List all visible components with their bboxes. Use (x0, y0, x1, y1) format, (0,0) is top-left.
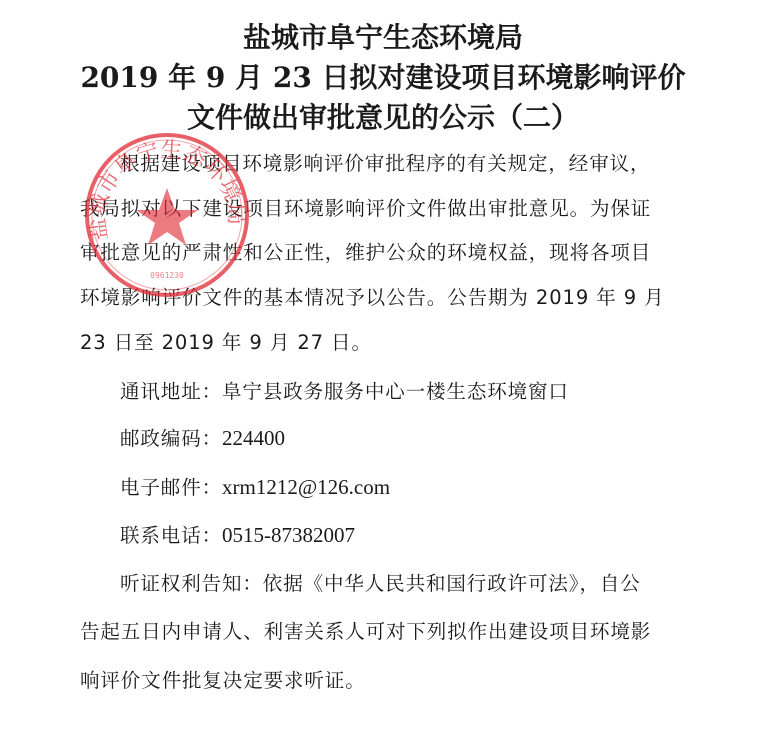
email-label: 电子邮件： (120, 476, 222, 499)
hearing-line-2: 告起五日内申请人、利害关系人可对下列拟作出建设项目环境影 (80, 619, 651, 645)
contact-email: 电子邮件：xrm1212@126.com (120, 474, 390, 501)
address-value: 阜宁县政务服务中心一楼生态环境窗口 (222, 380, 569, 403)
contact-address: 通讯地址：阜宁县政务服务中心一楼生态环境窗口 (120, 379, 569, 405)
phone-label: 联系电话： (120, 524, 222, 547)
seal-serial: 0961230 (150, 271, 184, 280)
postcode-label: 邮政编码： (120, 427, 222, 450)
title-subject-line: 文件做出审批意见的公示（二） (0, 100, 766, 136)
intro-line-2: 我局拟对以下建设项目环境影响评价文件做出审批意见。为保证 (80, 196, 651, 222)
postcode-value: 224400 (222, 426, 285, 450)
intro-line-1: 根据建设项目环境影响评价审批程序的有关规定，经审议， (120, 151, 650, 177)
email-value[interactable]: xrm1212@126.com (222, 475, 390, 499)
contact-phone: 联系电话：0515-87382007 (120, 522, 355, 549)
hearing-line-3: 响评价文件批复决定要求听证。 (80, 668, 366, 694)
hearing-line-1: 听证权利告知：依据《中华人民共和国行政许可法》，自公 (120, 571, 641, 597)
contact-postcode: 邮政编码：224400 (120, 425, 285, 452)
phone-value: 0515-87382007 (222, 523, 355, 547)
title-agency: 盐城市阜宁生态环境局 (0, 20, 766, 56)
title-date-line: 2019 年 9 月 23 日拟对建设项目环境影响评价 (0, 60, 766, 96)
address-label: 通讯地址： (120, 380, 222, 403)
intro-line-4: 环境影响评价文件的基本情况予以公告。公告期为 2019 年 9 月 (80, 285, 665, 311)
intro-line-5: 23 日至 2019 年 9 月 27 日。 (80, 330, 372, 356)
intro-line-3: 审批意见的严肃性和公正性，维护公众的环境权益，现将各项目 (80, 240, 651, 266)
